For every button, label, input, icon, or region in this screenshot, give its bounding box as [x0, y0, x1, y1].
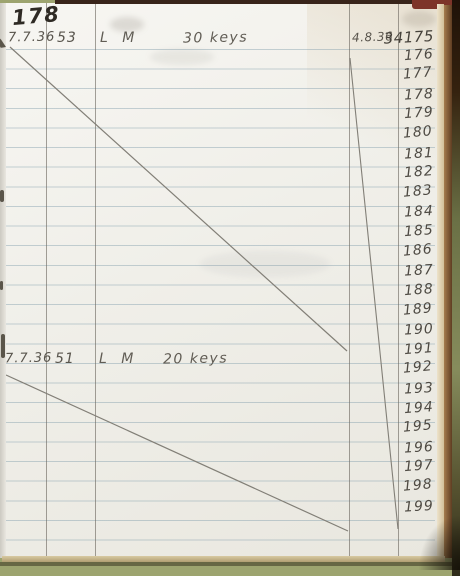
page-stack-edge: [437, 4, 444, 558]
entry1-date: 7.7.36: [8, 30, 56, 46]
entry1-description: 30 keys: [183, 29, 248, 46]
column-rule-2: [95, 3, 96, 558]
book-outer-edge: [452, 0, 460, 576]
page-bottom-shadow: [0, 562, 452, 566]
entry2-quantity: 51: [55, 351, 75, 367]
book-side-edge: [444, 5, 452, 558]
show-through-smudge: [200, 251, 330, 277]
column-rule-1: [46, 3, 47, 558]
entry2-date: 7.7.36: [5, 351, 53, 367]
entry2-description: 20 keys: [163, 350, 228, 367]
binding-mark: [0, 281, 3, 290]
binding-mark: [0, 190, 4, 202]
bottom-right-shadow: [418, 515, 460, 570]
show-through-smudge: [402, 11, 436, 27]
book-top-edge: [55, 0, 460, 4]
entry1-quantity: 53: [57, 30, 77, 46]
entry2-initials: L M: [99, 351, 138, 367]
entry1-initials: L M: [100, 30, 139, 46]
binding-mark: [1, 334, 5, 358]
page-number: 178: [11, 2, 61, 30]
ledger-photo: { "document": { "page_number": "178", "e…: [0, 0, 460, 576]
serial-number-column: 3417517617717817918018118218318418518618…: [320, 30, 434, 520]
